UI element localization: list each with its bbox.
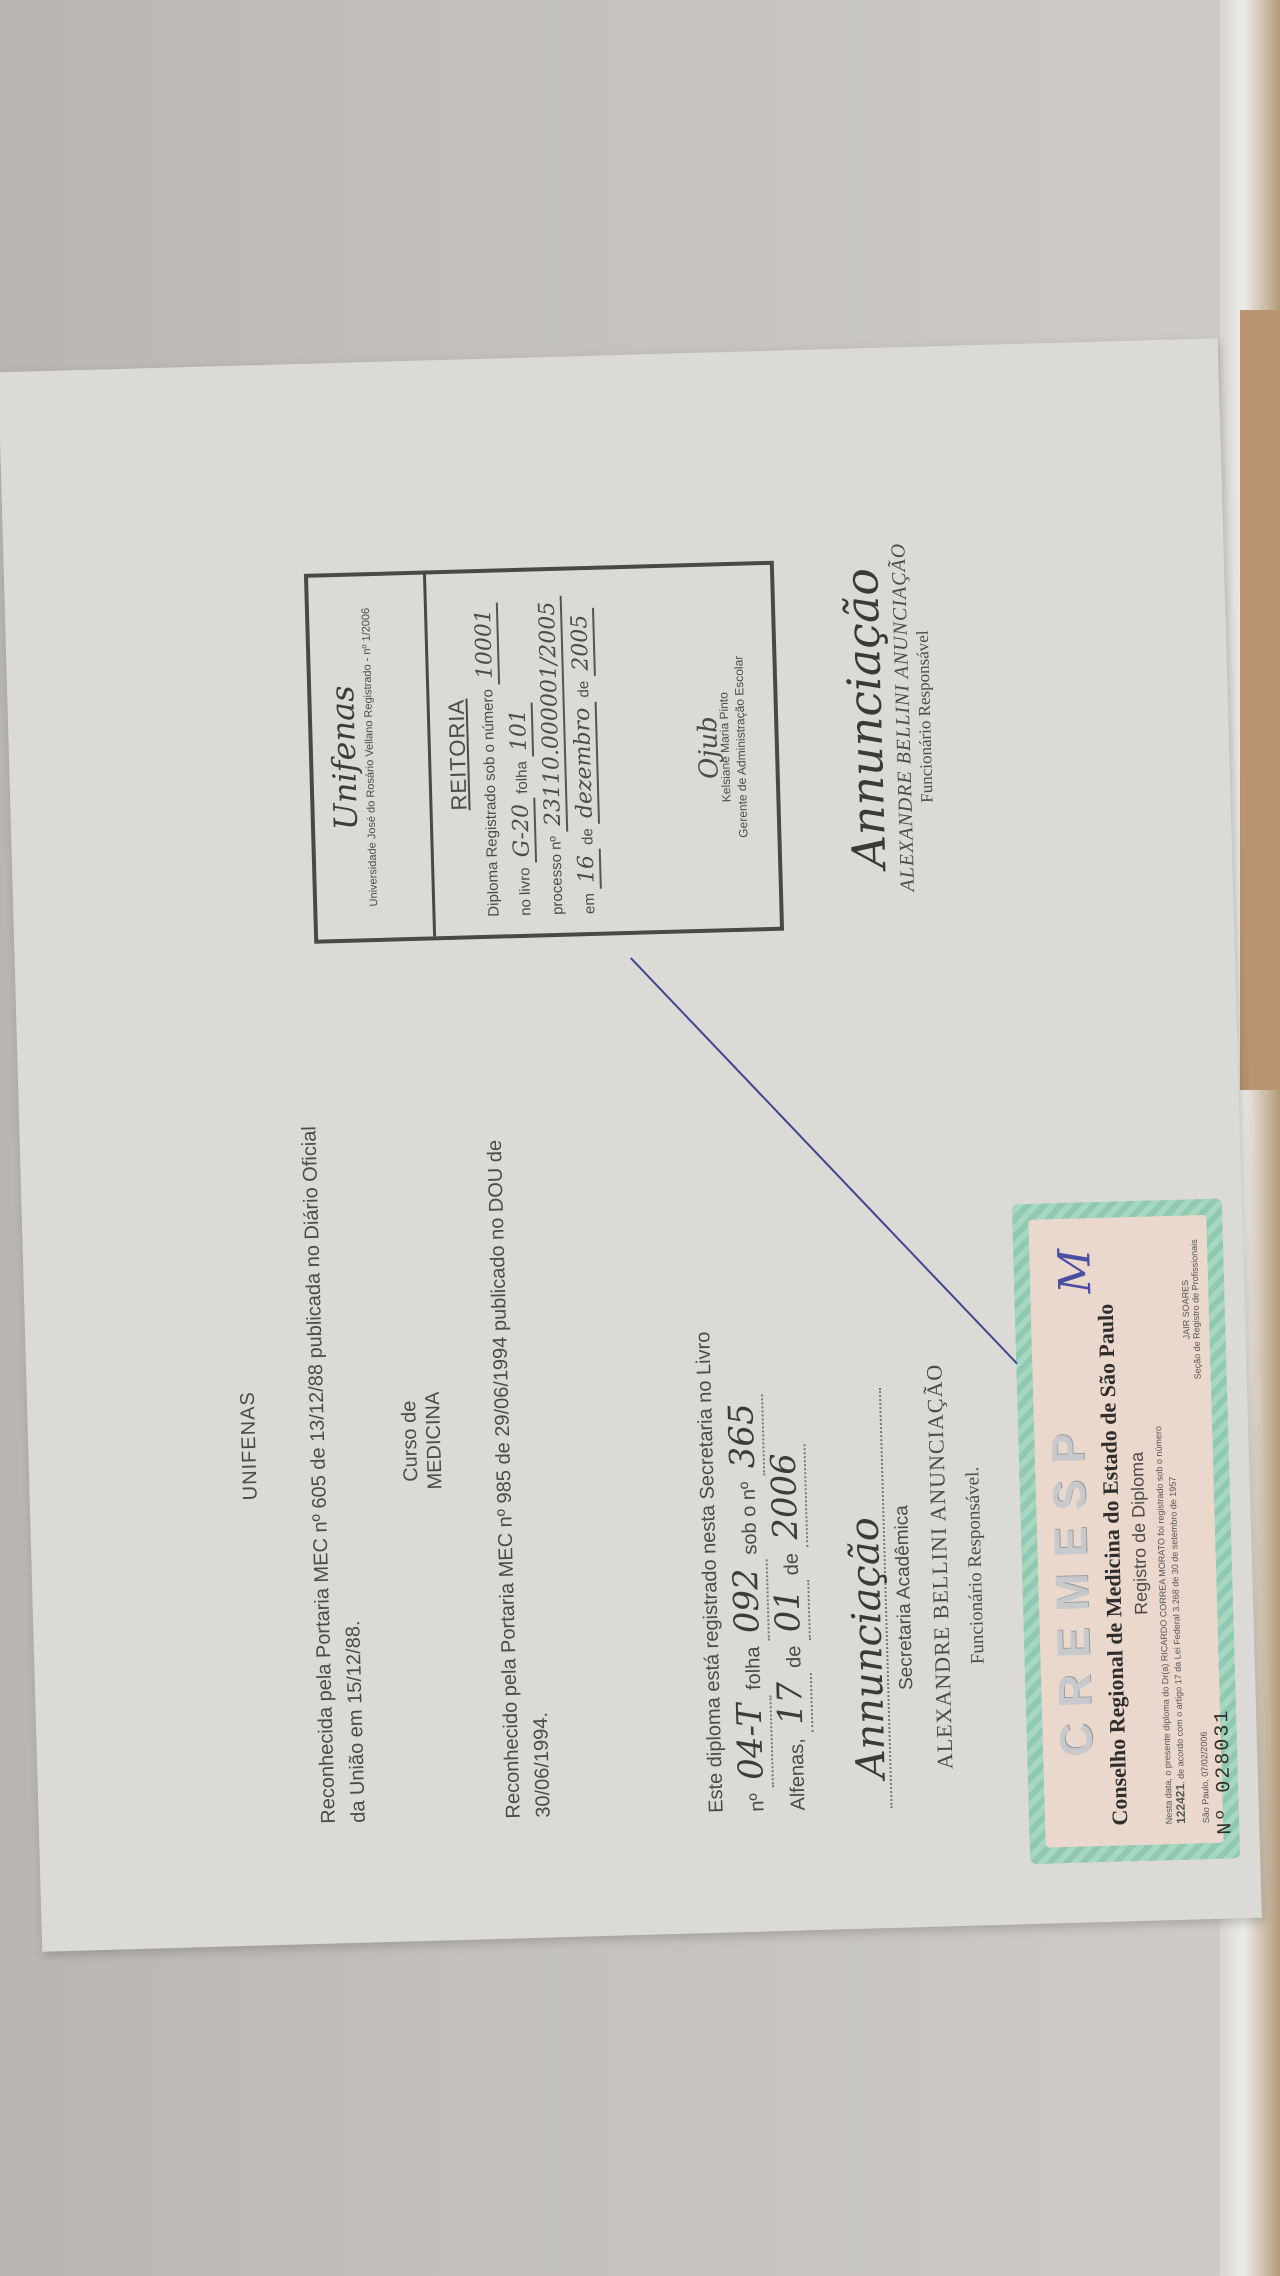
cremesp-ink-signature: M (1049, 1248, 1101, 1294)
recognition-text-2: Reconhecido pela Portaria MEC nº 985 de … (479, 1098, 559, 1819)
cremesp-fine-print: Nesta data, o presente diploma do Dr(a) … (1151, 1384, 1188, 1825)
registry-year: 2006 (763, 1445, 808, 1549)
registered-number: 10001 (471, 603, 500, 686)
reitoria-stamp-body: REITORIA Diploma Registrado sob o número… (426, 569, 618, 936)
reitoria-stamp-header: Unifenas Universidade José do Rosário Ve… (308, 574, 436, 939)
cremesp-reg-number: 122421 (1173, 1784, 1188, 1824)
reitoria-page: 101 (506, 703, 534, 758)
background-wood (1240, 310, 1280, 1090)
registry-month: 01 (767, 1580, 811, 1640)
institution-name: UNIFENAS (227, 1046, 272, 1846)
registry-day: 17 (770, 1673, 814, 1733)
responsible-signature-block: Annunciação ALEXANDRE BELLINI ANUNCIAÇÃO… (832, 506, 941, 929)
record-number: 365 (721, 1395, 765, 1477)
cremesp-city-date: São Paulo, 07/02/2006 (1199, 1731, 1212, 1823)
reitoria-date-day: 16 (574, 849, 602, 890)
recognition-text-1: Reconhecida pela Portaria MEC nº 605 de … (294, 1103, 374, 1824)
cremesp-title: Registro de Diploma (1127, 1452, 1153, 1616)
registry-block: Este diploma está registrado nesta Secre… (677, 1045, 1000, 1813)
book-number: 04-T (729, 1695, 774, 1788)
cremesp-stamp: CREMESP Conselho Regional de Medicina do… (1012, 1198, 1240, 1864)
diploma-content: UNIFENAS Reconhecida pela Portaria MEC n… (0, 338, 1262, 1951)
reitoria-date-month: dezembro (570, 701, 600, 824)
course-block: Curso de MEDICINA (387, 1040, 457, 1841)
reitoria-stamp: Unifenas Universidade José do Rosário Ve… (304, 561, 784, 944)
reitoria-book: G-20 (508, 798, 537, 864)
diploma-back-page: UNIFENAS Reconhecida pela Portaria MEC n… (0, 338, 1262, 1951)
page-number: 092 (726, 1560, 770, 1642)
cremesp-serial: Nº 028031 (1211, 1708, 1238, 1835)
process-number: 23110.000001/2005 (535, 595, 569, 832)
secretary-signature: Annunciação (846, 1517, 889, 1779)
cremesp-signer: JAIR SOARES Seção de Registro de Profiss… (1179, 1239, 1203, 1380)
reitoria-manager: Ojub Kelsiane Maria Pinto Gerente de Adm… (696, 566, 754, 929)
cremesp-brand: CREMESP (1040, 1417, 1103, 1758)
reitoria-date-year: 2005 (567, 608, 596, 677)
